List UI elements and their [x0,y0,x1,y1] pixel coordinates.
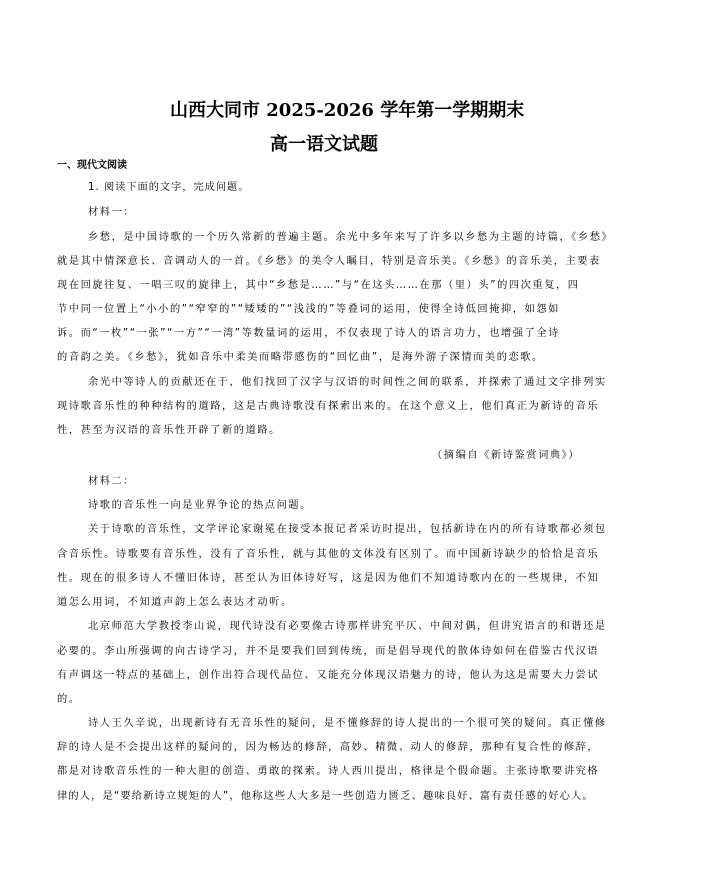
material2-label: 材料二： [88,472,135,487]
paragraph-line: 的音韵之美。《乡愁》，犹如音乐中柔美而略带感伤的“回忆曲”，是海外游子深情而美的… [57,348,544,363]
paragraph-line: 诉。而“一枚”“一张”“一方”“一湾”等数量词的运用，不仅表现了诗人的语言功力，… [57,324,560,339]
paragraph-line: 性。现在的很多诗人不懂旧体诗，甚至认为旧体诗好写，这是因为他们不知道诗歌内在的一… [57,569,599,584]
paragraph-line: 现在回旋往复、一唱三叹的旋律上，其中“乡愁是……”与“在这头……在那（里）头”的… [57,276,580,291]
paragraph-line: 诗人王久辛说，出现新诗有无音乐性的疑问，是不懂修辞的诗人提出的一个很可笑的疑问。… [88,714,607,729]
paragraph-line: 现诗歌音乐性的种种结构的道路，这是古典诗歌没有探索出来的。在这个意义上，他们真正… [57,397,599,412]
exam-title: 山西大同市 2025-2026 学年第一学期期末 [170,96,524,122]
paragraph-line: 必要的。李山所强调的向古诗学习，并不是要我们回到传统，而是倡导现代的散体诗如何在… [57,642,599,657]
paragraph-line: 辞的诗人是不会提出这样的疑问的，因为畅达的修辞，高妙、精微、动人的修辞，那种有复… [57,738,599,753]
paragraph-line: 余光中等诗人的贡献还在于，他们找回了汉字与汉语的时间性之间的联系，并探索了通过文… [88,373,607,388]
paragraph-line: 就是其中情深意长、音调动人的一首。《乡愁》的美令人瞩目，特别是音乐美。《乡愁》的… [57,252,601,267]
paragraph-line: 含音乐性。诗歌要有音乐性，没有了音乐性，就与其他的文体没有区别了。而中国新诗缺少… [57,545,599,560]
paragraph-line: 节中同一位置上“小小的”“窄窄的”“矮矮的”“浅浅的”等叠词的运用，使得全诗低回… [57,300,560,315]
paragraph-line: 有声调这一特点的基础上，创作出符合现代品位、又能充分体现汉语魅力的诗，他认为这是… [57,666,599,681]
paragraph-line: 道怎么用词，不知道声韵上怎么表达才动听。 [57,593,293,608]
paragraph-line: 北京师范大学教授李山说，现代诗没有必要像古诗那样讲究平仄、中间对偶，但讲究语言的… [88,617,607,632]
paragraph-line: 律的人，是“要给新诗立规矩的人”，他称这些人大多是一些创造力匮乏、趣味良好、富有… [57,787,594,802]
source-citation: （摘编自《新诗鉴赏词典》） [432,446,580,461]
paragraph-line: 都是对诗歌音乐性的一种大胆的创造、勇敢的探索。诗人西川提出，格律是个假命题。主张… [57,762,599,777]
section-heading: 一、现代文阅读 [57,156,127,171]
paragraph-line: 性，甚至为汉语的音乐性开辟了新的道路。 [57,421,281,436]
paragraph-line: 的。 [57,690,81,705]
paragraph-line: 乡愁，是中国诗歌的一个历久常新的普遍主题。余光中多年来写了许多以乡愁为主题的诗篇… [88,228,613,243]
exam-subtitle: 高一语文试题 [270,130,378,156]
question-prompt: 1. 阅读下面的文字，完成问题。 [88,178,249,193]
paragraph-line: 诗歌的音乐性一向是业界争论的热点问题。 [88,496,312,511]
material1-label: 材料一： [88,203,135,218]
paragraph-line: 关于诗歌的音乐性，文学评论家谢冕在接受本报记者采访时提出，包括新诗在内的所有诗歌… [88,520,607,535]
